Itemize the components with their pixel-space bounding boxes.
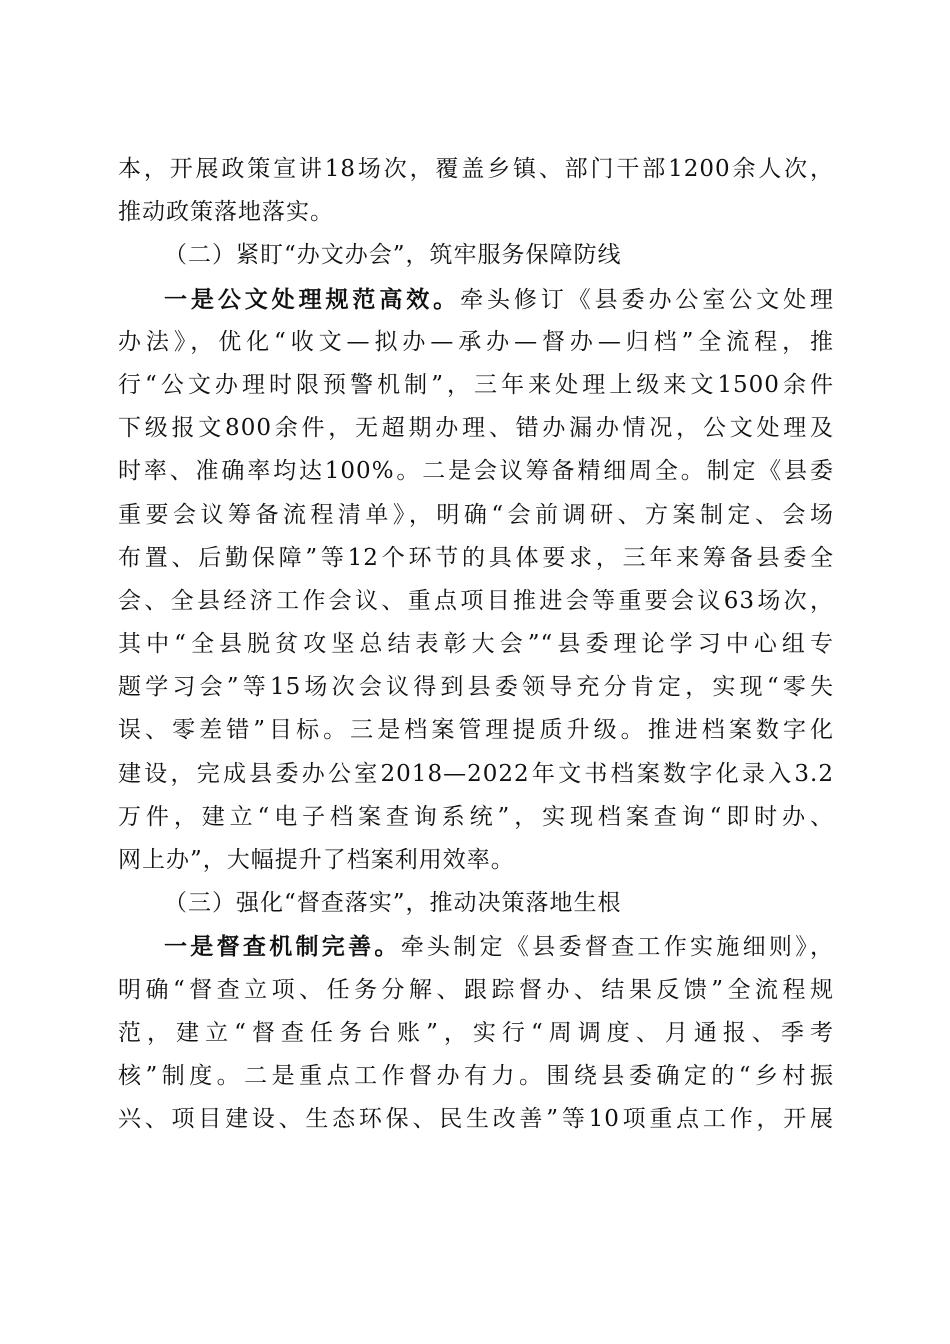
body-line: 一是公文处理规范高效。牵头修订《县委办公室公文处理 xyxy=(118,278,834,321)
body-line: 其中“全县脱贫攻坚总结表彰大会”“县委理论学习中心组专 xyxy=(118,623,834,666)
body-line: 下级报文800余件，无超期办理、错办漏办情况，公文处理及 xyxy=(118,407,834,450)
body-line: 行“公文办理时限预警机制”，三年来处理上级来文1500余件 xyxy=(118,364,834,407)
body-line: 范，建立“督查任务台账”，实行“周调度、月通报、季考 xyxy=(118,1012,834,1055)
body-line: 网上办”，大幅提升了档案利用效率。 xyxy=(118,839,834,882)
body-line: 建设，完成县委办公室2018—2022年文书档案数字化录入3.2 xyxy=(118,753,834,796)
section-heading: （三）强化“督查落实”，推动决策落地生根 xyxy=(118,882,834,925)
body-line: 本，开展政策宣讲18场次，覆盖乡镇、部门干部1200余人次， xyxy=(118,148,834,191)
body-line: 误、零差错”目标。三是档案管理提质升级。推进档案数字化 xyxy=(118,709,834,752)
section-heading: （二）紧盯“办文办会”，筑牢服务保障防线 xyxy=(118,234,834,277)
bold-lead: 一是督查机制完善。 xyxy=(164,933,401,960)
body-line: 布置、后勤保障”等12个环节的具体要求，三年来筹备县委全 xyxy=(118,537,834,580)
bold-lead: 一是公文处理规范高效。 xyxy=(164,286,460,313)
body-line: 万件，建立“电子档案查询系统”，实现档案查询“即时办、 xyxy=(118,796,834,839)
body-line: 明确“督查立项、任务分解、跟踪督办、结果反馈”全流程规 xyxy=(118,969,834,1012)
body-line: 一是督查机制完善。牵头制定《县委督查工作实施细则》， xyxy=(118,925,834,968)
body-line: 时率、准确率均达100%。二是会议筹备精细周全。制定《县委 xyxy=(118,450,834,493)
body-line: 题学习会”等15场次会议得到县委领导充分肯定，实现“零失 xyxy=(118,666,834,709)
document-page: 本，开展政策宣讲18场次，覆盖乡镇、部门干部1200余人次， 推动政策落地落实。… xyxy=(118,148,834,1141)
body-line: 兴、项目建设、生态环保、民生改善”等10项重点工作，开展 xyxy=(118,1098,834,1141)
body-line: 推动政策落地落实。 xyxy=(118,191,834,234)
body-line: 办法》，优化“收文—拟办—承办—督办—归档”全流程，推 xyxy=(118,321,834,364)
body-line: 会、全县经济工作会议、重点项目推进会等重要会议63场次， xyxy=(118,580,834,623)
body-line: 重要会议筹备流程清单》，明确“会前调研、方案制定、会场 xyxy=(118,494,834,537)
body-line: 核”制度。二是重点工作督办有力。围绕县委确定的“乡村振 xyxy=(118,1055,834,1098)
